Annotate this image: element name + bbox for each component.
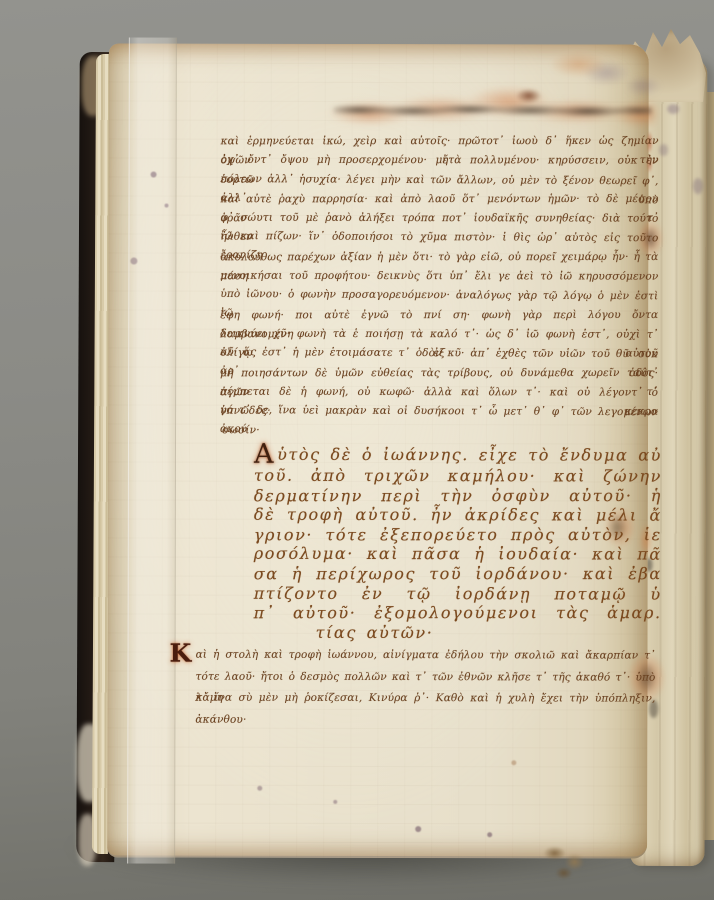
lemma-first-line: Αὑτὸς δὲ ὁ ἰωάννης. εἶχε τὸ ἔνδυμα αὐ xyxy=(254,443,662,467)
ink-dot xyxy=(511,760,516,765)
ink-dot xyxy=(130,257,137,264)
text-line: τότε λαοῦ· ἤτοι ὁ δεσμὸς πολλῶν καὶ τ᾽ τ… xyxy=(196,666,656,688)
text-line: ὑπὸ ἰῶνου· ὁ φωνὴν προσαγορευόμενον· ἀνα… xyxy=(220,285,658,307)
text-line: κῦ· ἅς ἐστ᾽ ἡ μὲν ἑτοιμάσατε τ᾽ ὁδὸν κῦ·… xyxy=(220,343,658,365)
commentary-top-block: καὶ ἑρμηνεύεται ἰκώ, χεὶρ καὶ αὐτοῖς· πρ… xyxy=(220,132,659,442)
text-line: σα ἡ περίχωρος τοῦ ἰορδάνου· καὶ ἐβα xyxy=(254,564,662,584)
text-line: καὶ ἑρμηνεύεται ἰκώ, χεὶρ καὶ αὐτοῖς· πρ… xyxy=(221,132,659,152)
manuscript-page: καὶ ἑρμηνεύεται ἰκώ, χεὶρ καὶ αὐτοῖς· πρ… xyxy=(107,43,649,858)
ink-dot xyxy=(151,172,157,178)
lemma-last-line: τίας αὐτῶν· xyxy=(254,622,662,642)
stain-purple-stack xyxy=(667,104,679,114)
commentary-bottom-block: Κ αὶ ἡ στολὴ καὶ τροφὴ ἰωάννου, αἰνίγματ… xyxy=(195,645,655,710)
lemma-block: Αὑτὸς δὲ ὁ ἰωάννης. εἶχε τὸ ἔνδυμα αὐ το… xyxy=(254,443,662,643)
text-line: καὶ αὐτὲ ῥαχὺ παρρησία· καὶ ἀπὸ λαοῦ ὅτ᾽… xyxy=(221,190,659,210)
text-line: δὲ τροφὴ αὐτοῦ. ἦν ἀκρίδες καὶ μέλι ἄ xyxy=(254,505,662,525)
text-line: ἔφη φωνή· ποι αὐτὲ ἐγνῶ τὸ πνί ση· φωνὴ … xyxy=(220,306,658,326)
ink-dot xyxy=(257,786,262,791)
text-line: γριον· τότε ἐξεπορεύετο πρὸς αὐτὸν, ἱε xyxy=(254,525,662,545)
lemma-continuation: τοῦ. ἀπὸ τριχῶν καμήλου· καὶ ζώνηνδερματ… xyxy=(254,466,662,624)
ink-dot xyxy=(165,204,169,208)
text-line: μὴ ποιησάντων δὲ ὑμῶν εὐθείας τὰς τρίβου… xyxy=(220,364,658,384)
smudge-accent xyxy=(515,88,541,103)
stain-purple-stack xyxy=(659,144,668,156)
conservation-tape xyxy=(127,37,177,863)
stain-orange-top xyxy=(549,50,609,78)
ink-dot xyxy=(487,832,492,837)
ink-dot xyxy=(333,800,337,804)
text-line: σωσίν· xyxy=(220,421,658,441)
text-line: μενοικήσαι τοῦ προφήτου· δεικνὺς ὅτι ὑπ᾽… xyxy=(220,267,658,287)
stain-purple-stack xyxy=(693,178,703,194)
ink-dot xyxy=(415,826,421,832)
text-line: δερματίνην περὶ τὴν ὀσφὺν αὐτοῦ· ἡ xyxy=(254,486,662,506)
commentary-bottom-continuation: τότε λαοῦ· ἤτοι ὁ δεσμὸς πολλῶν καὶ τ᾽ τ… xyxy=(195,666,655,710)
text-line: ροσόλυμα· καὶ πᾶσα ἡ ἰουδαία· καὶ πᾶ xyxy=(254,544,662,564)
text-line: ἀκολούθως παρέχων ἀξίαν ἡ μὲν ὅτι· τὸ γὰ… xyxy=(220,248,658,268)
initial-kappa: Κ xyxy=(170,639,192,668)
lemma-first-line-text: ὑτὸς δὲ ὁ ἰωάννης. εἶχε τὸ ἔνδυμα αὐ xyxy=(277,445,662,465)
text-line: ἰῶ καὶ πίζων· ἵν᾽ ὁδοποιήσοι τὸ χῦμα πισ… xyxy=(220,227,658,249)
text-line: πτίζοντο ἐν τῷ ἰορδάνῃ ποταμῷ ὑ xyxy=(254,583,662,603)
text-line: τοῦ. ἀπὸ τριχῶν καμήλου· καὶ ζώνην xyxy=(254,466,662,486)
text-line: γό τ᾽ δε, ἵνα ὑεὶ μακρὰν καὶ οἱ δυσήκοοι… xyxy=(220,401,658,423)
commentary-bottom-first-line: αὶ ἡ στολὴ καὶ τροφὴ ἰωάννου, αἰνίγματα … xyxy=(196,645,656,667)
text-line: λ᾽ ἵνα σὺ μὲν μὴ ῥοκίζεσαι, Κινύρα ῥ᾽· Κ… xyxy=(195,688,655,710)
text-line: π᾽ αὐτοῦ· ἐξομολογούμενοι τὰς ἁμαρ. xyxy=(254,603,662,623)
text-line: πόλεων ἀλλ᾽ ἡσυχία· λέγει μὴν καὶ τῶν ἄλ… xyxy=(221,170,659,192)
frayed-corner-bottom-right xyxy=(536,840,598,884)
